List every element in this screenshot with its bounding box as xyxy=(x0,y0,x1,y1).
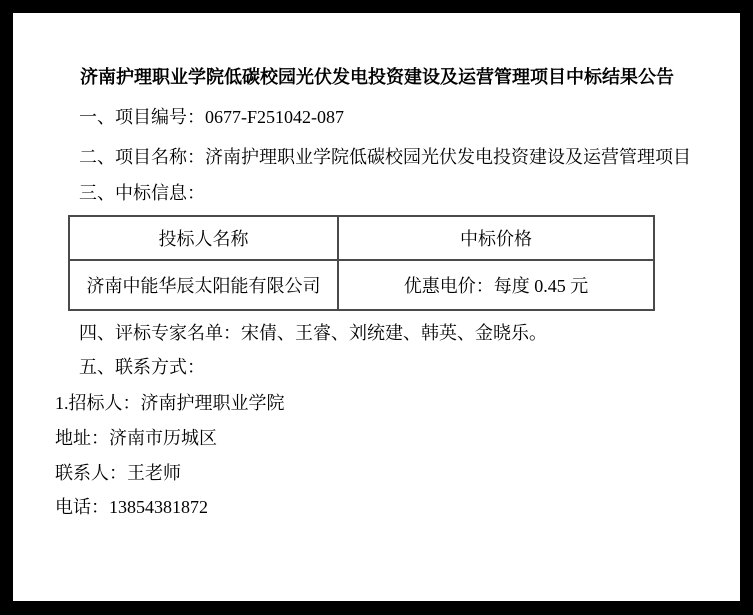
award-table-header-row: 投标人名称 中标价格 xyxy=(69,216,654,260)
award-table-row: 济南中能华辰太阳能有限公司 优惠电价：每度 0.45 元 xyxy=(69,260,654,310)
experts-value: 宋倩、王睿、刘统建、韩英、金晓乐。 xyxy=(241,323,547,343)
contact-phone-line: 电话：13854381872 xyxy=(43,490,698,524)
award-info-heading: 三、中标信息： xyxy=(43,176,698,210)
contact-tenderer-line: 1.招标人：济南护理职业学院 xyxy=(43,386,698,420)
project-name-value: 济南护理职业学院低碳校园光伏发电投资建设及运营管理项目 xyxy=(205,147,691,167)
experts-line: 四、评标专家名单：宋倩、王睿、刘统建、韩英、金晓乐。 xyxy=(43,316,698,350)
project-name-label: 二、项目名称： xyxy=(79,147,205,167)
experts-label: 四、评标专家名单： xyxy=(79,323,241,343)
award-price-cell: 优惠电价：每度 0.45 元 xyxy=(338,260,654,310)
document-frame: 济南护理职业学院低碳校园光伏发电投资建设及运营管理项目中标结果公告 一、项目编号… xyxy=(0,0,753,615)
document-title: 济南护理职业学院低碳校园光伏发电投资建设及运营管理项目中标结果公告 xyxy=(77,57,677,97)
contact-address-line: 地址：济南市历城区 xyxy=(43,421,698,455)
bidder-name-cell: 济南中能华辰太阳能有限公司 xyxy=(69,260,338,310)
project-number-label: 一、项目编号： xyxy=(79,107,205,127)
project-number-line: 一、项目编号：0677-F251042-087 xyxy=(43,100,698,134)
bidder-name-header: 投标人名称 xyxy=(69,216,338,260)
document-page: 济南护理职业学院低碳校园光伏发电投资建设及运营管理项目中标结果公告 一、项目编号… xyxy=(13,13,740,601)
award-price-header: 中标价格 xyxy=(338,216,654,260)
project-number-value: 0677-F251042-087 xyxy=(205,107,344,127)
contact-person-line: 联系人：王老师 xyxy=(43,456,698,490)
award-table: 投标人名称 中标价格 济南中能华辰太阳能有限公司 优惠电价：每度 0.45 元 xyxy=(68,215,655,311)
project-name-line: 二、项目名称：济南护理职业学院低碳校园光伏发电投资建设及运营管理项目 xyxy=(43,140,698,174)
contact-heading: 五、联系方式： xyxy=(43,350,698,384)
